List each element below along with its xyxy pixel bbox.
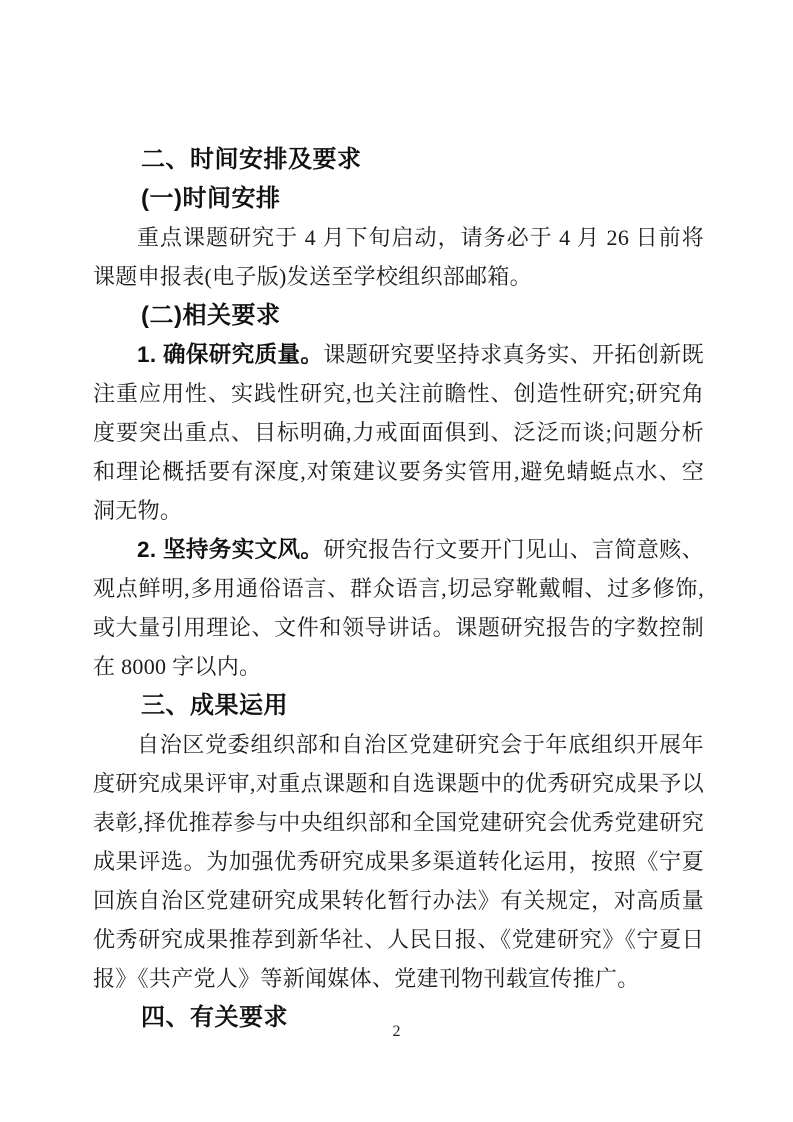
paragraph-item-2: 2. 坚持务实文风。研究报告行文要开门见山、言简意赅、观点鲜明,多用通俗语言、群…: [93, 530, 704, 686]
item-1-text: 课题研究要坚持求真务实、开拓创新既注重应用性、实践性研究,也关注前瞻性、创造性研…: [93, 342, 704, 523]
item-1-lead-label: 1. 确保研究质量。: [137, 342, 323, 367]
page-number: 2: [0, 1022, 793, 1042]
paragraph-schedule: 重点课题研究于 4 月下旬启动，请务必于 4 月 26 日前将课题申报表(电子版…: [93, 218, 704, 296]
item-2-lead-label: 2. 坚持务实文风。: [137, 537, 323, 562]
section-heading-results-application: 三、成果运用: [93, 686, 704, 725]
section-heading-time-arrangement: 二、时间安排及要求: [93, 140, 704, 179]
document-body: 二、时间安排及要求 (一)时间安排 重点课题研究于 4 月下旬启动，请务必于 4…: [93, 140, 704, 1037]
paragraph-item-1: 1. 确保研究质量。课题研究要坚持求真务实、开拓创新既注重应用性、实践性研究,也…: [93, 335, 704, 530]
subsection-heading-schedule: (一)时间安排: [93, 179, 704, 218]
subsection-heading-requirements: (二)相关要求: [93, 296, 704, 335]
document-page: 二、时间安排及要求 (一)时间安排 重点课题研究于 4 月下旬启动，请务必于 4…: [0, 0, 793, 1122]
paragraph-results-application: 自治区党委组织部和自治区党建研究会于年底组织开展年度研究成果评审,对重点课题和自…: [93, 725, 704, 998]
